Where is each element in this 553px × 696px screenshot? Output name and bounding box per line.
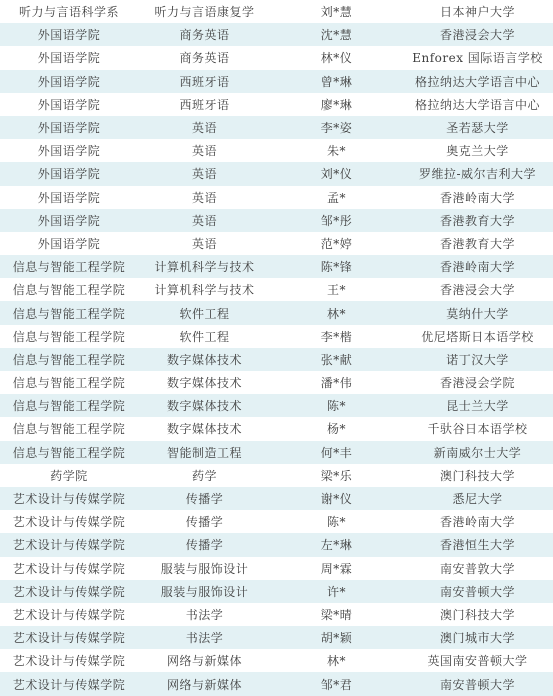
table-row: 外国语学院英语刘*仪罗维拉-威尔吉利大学 [0, 162, 553, 185]
table-row: 信息与智能工程学院计算机科学与技术陈*锋香港岭南大学 [0, 255, 553, 278]
major-cell: 网络与新媒体 [138, 672, 271, 696]
college-cell: 艺术设计与传媒学院 [0, 649, 138, 672]
college-cell: 外国语学院 [0, 46, 138, 69]
table-row: 外国语学院西班牙语廖*琳格拉纳达大学语言中心 [0, 93, 553, 116]
university-cell: 圣若瑟大学 [402, 116, 553, 139]
name-cell: 林* [271, 649, 402, 672]
major-cell: 服装与服饰设计 [138, 580, 271, 603]
university-cell: 格拉纳达大学语言中心 [402, 70, 553, 93]
university-cell: 悉尼大学 [402, 487, 553, 510]
name-cell: 许* [271, 580, 402, 603]
table-row: 信息与智能工程学院数字媒体技术潘*伟香港浸会学院 [0, 371, 553, 394]
college-cell: 外国语学院 [0, 116, 138, 139]
major-cell: 传播学 [138, 533, 271, 556]
major-cell: 英语 [138, 232, 271, 255]
major-cell: 数字媒体技术 [138, 394, 271, 417]
name-cell: 周*霖 [271, 557, 402, 580]
name-cell: 谢*仪 [271, 487, 402, 510]
university-cell: 香港恒生大学 [402, 533, 553, 556]
major-cell: 英语 [138, 186, 271, 209]
table-row: 外国语学院西班牙语曾*琳格拉纳达大学语言中心 [0, 70, 553, 93]
major-cell: 数字媒体技术 [138, 371, 271, 394]
name-cell: 王* [271, 278, 402, 301]
name-cell: 李*楷 [271, 325, 402, 348]
name-cell: 朱* [271, 139, 402, 162]
college-cell: 外国语学院 [0, 162, 138, 185]
major-cell: 计算机科学与技术 [138, 278, 271, 301]
name-cell: 梁*乐 [271, 464, 402, 487]
university-cell: 澳门城市大学 [402, 626, 553, 649]
table-row: 艺术设计与传媒学院传播学谢*仪悉尼大学 [0, 487, 553, 510]
major-cell: 英语 [138, 209, 271, 232]
table-row: 信息与智能工程学院智能制造工程何*丰新南威尔士大学 [0, 441, 553, 464]
major-cell: 数字媒体技术 [138, 417, 271, 440]
major-cell: 书法学 [138, 603, 271, 626]
table-row: 艺术设计与传媒学院书法学胡*颖澳门城市大学 [0, 626, 553, 649]
table-row: 外国语学院英语朱*奥克兰大学 [0, 139, 553, 162]
placement-results-page: 听力与言语科学系听力与言语康复学刘*慧日本神户大学外国语学院商务英语沈*慧香港浸… [0, 0, 553, 696]
major-cell: 服装与服饰设计 [138, 557, 271, 580]
university-cell: 罗维拉-威尔吉利大学 [402, 162, 553, 185]
name-cell: 胡*颖 [271, 626, 402, 649]
table-row: 艺术设计与传媒学院传播学陈*香港岭南大学 [0, 510, 553, 533]
name-cell: 孟* [271, 186, 402, 209]
university-cell: 格拉纳达大学语言中心 [402, 93, 553, 116]
university-cell: 千驮谷日本语学校 [402, 417, 553, 440]
name-cell: 张*献 [271, 348, 402, 371]
table-row: 信息与智能工程学院数字媒体技术陈*昆士兰大学 [0, 394, 553, 417]
major-cell: 计算机科学与技术 [138, 255, 271, 278]
major-cell: 智能制造工程 [138, 441, 271, 464]
major-cell: 听力与言语康复学 [138, 0, 271, 23]
table-row: 外国语学院英语李*姿圣若瑟大学 [0, 116, 553, 139]
university-cell: 南安普顿大学 [402, 580, 553, 603]
college-cell: 艺术设计与传媒学院 [0, 487, 138, 510]
university-cell: 香港岭南大学 [402, 255, 553, 278]
table-row: 外国语学院英语邹*彤香港教育大学 [0, 209, 553, 232]
name-cell: 左*琳 [271, 533, 402, 556]
table-row: 艺术设计与传媒学院网络与新媒体林*英国南安普顿大学 [0, 649, 553, 672]
university-cell: 日本神户大学 [402, 0, 553, 23]
table-row: 外国语学院商务英语林*仪Enforex 国际语言学校 [0, 46, 553, 69]
table-row: 外国语学院英语孟*香港岭南大学 [0, 186, 553, 209]
university-cell: 昆士兰大学 [402, 394, 553, 417]
university-cell: 诺丁汉大学 [402, 348, 553, 371]
major-cell: 英语 [138, 116, 271, 139]
university-cell: 香港教育大学 [402, 209, 553, 232]
name-cell: 廖*琳 [271, 93, 402, 116]
college-cell: 外国语学院 [0, 93, 138, 116]
university-cell: 南安普顿大学 [402, 672, 553, 696]
college-cell: 艺术设计与传媒学院 [0, 510, 138, 533]
major-cell: 网络与新媒体 [138, 649, 271, 672]
college-cell: 信息与智能工程学院 [0, 348, 138, 371]
name-cell: 邹*彤 [271, 209, 402, 232]
table-row: 艺术设计与传媒学院服装与服饰设计许*南安普顿大学 [0, 580, 553, 603]
table-row: 听力与言语科学系听力与言语康复学刘*慧日本神户大学 [0, 0, 553, 23]
college-cell: 外国语学院 [0, 139, 138, 162]
name-cell: 陈* [271, 394, 402, 417]
table-row: 外国语学院商务英语沈*慧香港浸会大学 [0, 23, 553, 46]
table-body: 听力与言语科学系听力与言语康复学刘*慧日本神户大学外国语学院商务英语沈*慧香港浸… [0, 0, 553, 696]
university-cell: 优尼塔斯日本语学校 [402, 325, 553, 348]
college-cell: 外国语学院 [0, 23, 138, 46]
name-cell: 何*丰 [271, 441, 402, 464]
college-cell: 外国语学院 [0, 186, 138, 209]
university-cell: 香港教育大学 [402, 232, 553, 255]
major-cell: 书法学 [138, 626, 271, 649]
college-cell: 外国语学院 [0, 209, 138, 232]
university-cell: 澳门科技大学 [402, 603, 553, 626]
college-cell: 信息与智能工程学院 [0, 417, 138, 440]
table-row: 信息与智能工程学院软件工程林*莫纳什大学 [0, 301, 553, 324]
major-cell: 商务英语 [138, 46, 271, 69]
table-row: 药学院药学梁*乐澳门科技大学 [0, 464, 553, 487]
college-cell: 艺术设计与传媒学院 [0, 557, 138, 580]
table-row: 信息与智能工程学院数字媒体技术张*献诺丁汉大学 [0, 348, 553, 371]
college-cell: 外国语学院 [0, 232, 138, 255]
college-cell: 艺术设计与传媒学院 [0, 533, 138, 556]
major-cell: 药学 [138, 464, 271, 487]
college-cell: 信息与智能工程学院 [0, 441, 138, 464]
major-cell: 西班牙语 [138, 70, 271, 93]
university-cell: 莫纳什大学 [402, 301, 553, 324]
university-cell: Enforex 国际语言学校 [402, 46, 553, 69]
major-cell: 英语 [138, 162, 271, 185]
college-cell: 听力与言语科学系 [0, 0, 138, 23]
college-cell: 艺术设计与传媒学院 [0, 603, 138, 626]
university-cell: 香港浸会大学 [402, 23, 553, 46]
name-cell: 陈*锋 [271, 255, 402, 278]
college-cell: 信息与智能工程学院 [0, 255, 138, 278]
table-row: 艺术设计与传媒学院服装与服饰设计周*霖南安普敦大学 [0, 557, 553, 580]
name-cell: 林*仪 [271, 46, 402, 69]
major-cell: 软件工程 [138, 325, 271, 348]
college-cell: 信息与智能工程学院 [0, 325, 138, 348]
major-cell: 西班牙语 [138, 93, 271, 116]
table-row: 艺术设计与传媒学院书法学梁*晴澳门科技大学 [0, 603, 553, 626]
major-cell: 商务英语 [138, 23, 271, 46]
name-cell: 杨* [271, 417, 402, 440]
name-cell: 刘*仪 [271, 162, 402, 185]
university-cell: 澳门科技大学 [402, 464, 553, 487]
table-row: 信息与智能工程学院数字媒体技术杨*千驮谷日本语学校 [0, 417, 553, 440]
table-row: 信息与智能工程学院计算机科学与技术王*香港浸会大学 [0, 278, 553, 301]
name-cell: 刘*慧 [271, 0, 402, 23]
name-cell: 林* [271, 301, 402, 324]
name-cell: 李*姿 [271, 116, 402, 139]
major-cell: 软件工程 [138, 301, 271, 324]
table-row: 艺术设计与传媒学院网络与新媒体邹*君南安普顿大学 [0, 672, 553, 696]
university-cell: 香港浸会大学 [402, 278, 553, 301]
college-cell: 信息与智能工程学院 [0, 278, 138, 301]
placement-results-table: 听力与言语科学系听力与言语康复学刘*慧日本神户大学外国语学院商务英语沈*慧香港浸… [0, 0, 553, 696]
college-cell: 艺术设计与传媒学院 [0, 626, 138, 649]
university-cell: 香港岭南大学 [402, 186, 553, 209]
college-cell: 艺术设计与传媒学院 [0, 580, 138, 603]
table-row: 艺术设计与传媒学院传播学左*琳香港恒生大学 [0, 533, 553, 556]
name-cell: 邹*君 [271, 672, 402, 696]
major-cell: 传播学 [138, 510, 271, 533]
university-cell: 英国南安普顿大学 [402, 649, 553, 672]
university-cell: 香港岭南大学 [402, 510, 553, 533]
college-cell: 信息与智能工程学院 [0, 371, 138, 394]
university-cell: 南安普敦大学 [402, 557, 553, 580]
college-cell: 信息与智能工程学院 [0, 394, 138, 417]
college-cell: 外国语学院 [0, 70, 138, 93]
name-cell: 范*婷 [271, 232, 402, 255]
table-row: 信息与智能工程学院软件工程李*楷优尼塔斯日本语学校 [0, 325, 553, 348]
college-cell: 药学院 [0, 464, 138, 487]
university-cell: 新南威尔士大学 [402, 441, 553, 464]
name-cell: 沈*慧 [271, 23, 402, 46]
table-row: 外国语学院英语范*婷香港教育大学 [0, 232, 553, 255]
name-cell: 陈* [271, 510, 402, 533]
major-cell: 数字媒体技术 [138, 348, 271, 371]
college-cell: 信息与智能工程学院 [0, 301, 138, 324]
major-cell: 传播学 [138, 487, 271, 510]
major-cell: 英语 [138, 139, 271, 162]
college-cell: 艺术设计与传媒学院 [0, 672, 138, 696]
university-cell: 奥克兰大学 [402, 139, 553, 162]
name-cell: 曾*琳 [271, 70, 402, 93]
university-cell: 香港浸会学院 [402, 371, 553, 394]
name-cell: 梁*晴 [271, 603, 402, 626]
name-cell: 潘*伟 [271, 371, 402, 394]
